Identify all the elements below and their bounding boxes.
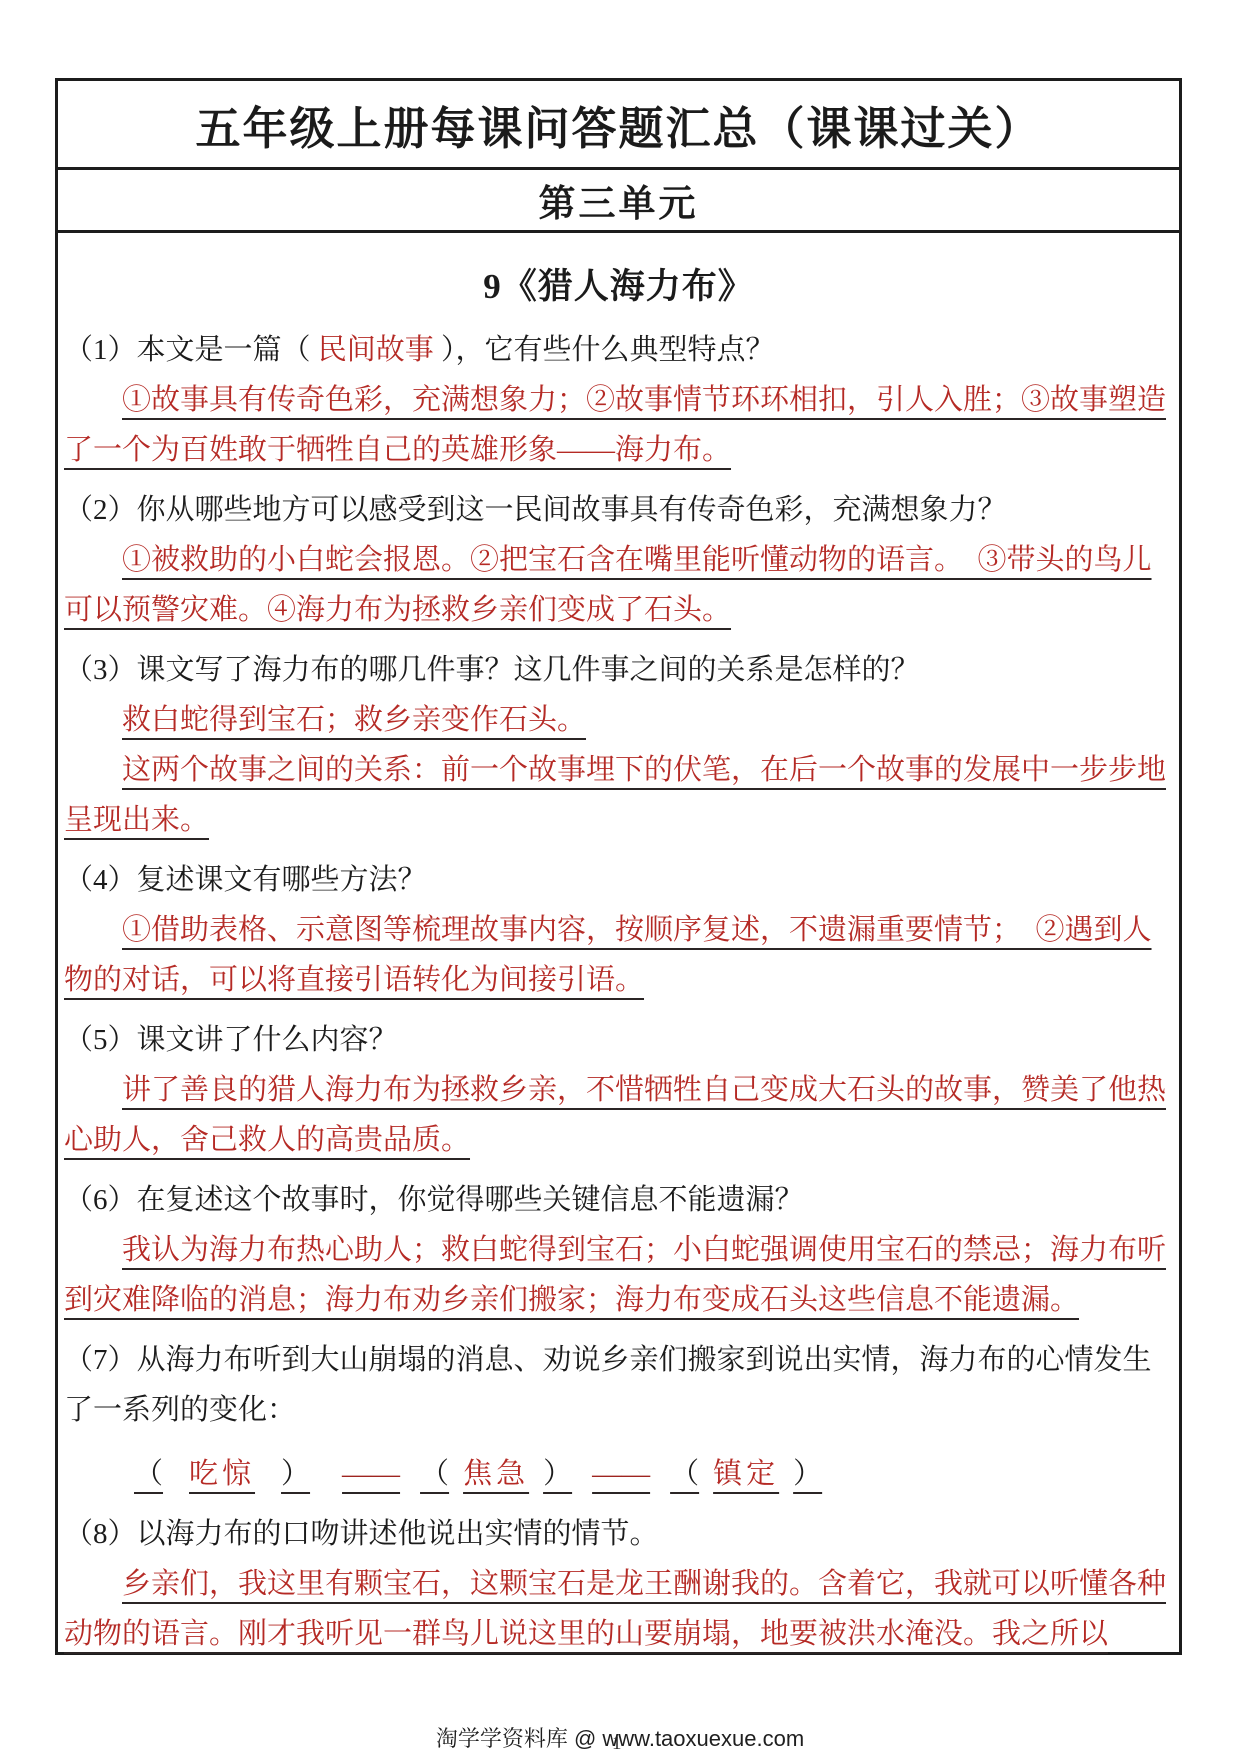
answer-2: ①被救助的小白蛇会报恩。②把宝石含在嘴里能听懂动物的语言。 ③带头的鸟儿可以预警… — [64, 535, 1173, 635]
question-1: （1）本文是一篇（ 民间故事 ），它有些什么典型特点？ — [64, 325, 1173, 375]
content-area: 9《猎人海力布》 （1）本文是一篇（ 民间故事 ），它有些什么典型特点？ ①故事… — [58, 233, 1179, 1659]
document-frame: 五年级上册每课问答题汇总（课课过关） 第三单元 9《猎人海力布》 （1）本文是一… — [55, 78, 1182, 1655]
answer-7-emotion-sequence: （吃惊）——（焦急）——（镇定） — [64, 1449, 1173, 1499]
sequence-dash: —— — [336, 1458, 406, 1490]
question-1-post: ），它有些什么典型特点？ — [434, 334, 775, 366]
sequence-dash: —— — [586, 1458, 656, 1490]
question-2: （2）你从哪些地方可以感受到这一民间故事具有传奇色彩，充满想象力？ — [64, 485, 1173, 535]
emotion-word-2: 焦急 — [463, 1458, 529, 1490]
open-paren: （ — [108, 1458, 189, 1490]
section-title: 第三单元 — [58, 170, 1179, 233]
close-paren: ） — [529, 1458, 586, 1490]
question-1-pre: （1）本文是一篇（ — [64, 334, 318, 366]
question-7: （7）从海力布听到大山崩塌的消息、劝说乡亲们搬家到说出实情，海力布的心情发生了一… — [64, 1335, 1173, 1435]
answer-4: ①借助表格、示意图等梳理故事内容，按顺序复述，不遗漏重要情节； ②遇到人物的对话… — [64, 905, 1173, 1005]
question-5: （5）课文讲了什么内容？ — [64, 1015, 1173, 1065]
answer-3-part-1: 救白蛇得到宝石；救乡亲变作石头。 — [64, 695, 1173, 745]
question-8: （8）以海力布的口吻讲述他说出实情的情节。 — [64, 1509, 1173, 1559]
answer-3-part-2: 这两个故事之间的关系：前一个故事埋下的伏笔，在后一个故事的发展中一步步地呈现出来… — [64, 745, 1173, 845]
emotion-word-1: 吃惊 — [189, 1458, 255, 1490]
answer-1: ①故事具有传奇色彩，充满想象力；②故事情节环环相扣，引人入胜；③故事塑造了一个为… — [64, 375, 1173, 475]
answer-6: 我认为海力布热心助人；救白蛇得到宝石；小白蛇强调使用宝石的禁忌；海力布听到灾难降… — [64, 1225, 1173, 1325]
question-6: （6）在复述这个故事时，你觉得哪些关键信息不能遗漏？ — [64, 1175, 1173, 1225]
close-paren: ） — [255, 1458, 336, 1490]
footer-watermark: 淘学学资料库 @ www.taoxuexue.com — [0, 1722, 1240, 1753]
document-page: 五年级上册每课问答题汇总（课课过关） 第三单元 9《猎人海力布》 （1）本文是一… — [0, 0, 1240, 1753]
question-4: （4）复述课文有哪些方法？ — [64, 855, 1173, 905]
open-paren: （ — [656, 1458, 713, 1490]
answer-8: 乡亲们，我这里有颗宝石，这颗宝石是龙王酬谢我的。含着它，我就可以听懂各种动物的语… — [64, 1559, 1173, 1659]
close-paren: ） — [779, 1458, 836, 1490]
question-1-inline-answer: 民间故事 — [318, 334, 434, 366]
answer-5: 讲了善良的猎人海力布为拯救乡亲，不惜牺牲自己变成大石头的故事，赞美了他热心助人，… — [64, 1065, 1173, 1165]
question-3: （3）课文写了海力布的哪几件事？这几件事之间的关系是怎样的？ — [64, 645, 1173, 695]
emotion-word-3: 镇定 — [713, 1458, 779, 1490]
open-paren: （ — [406, 1458, 463, 1490]
document-title: 五年级上册每课问答题汇总（课课过关） — [58, 81, 1179, 170]
lesson-title: 9《猎人海力布》 — [64, 259, 1173, 315]
